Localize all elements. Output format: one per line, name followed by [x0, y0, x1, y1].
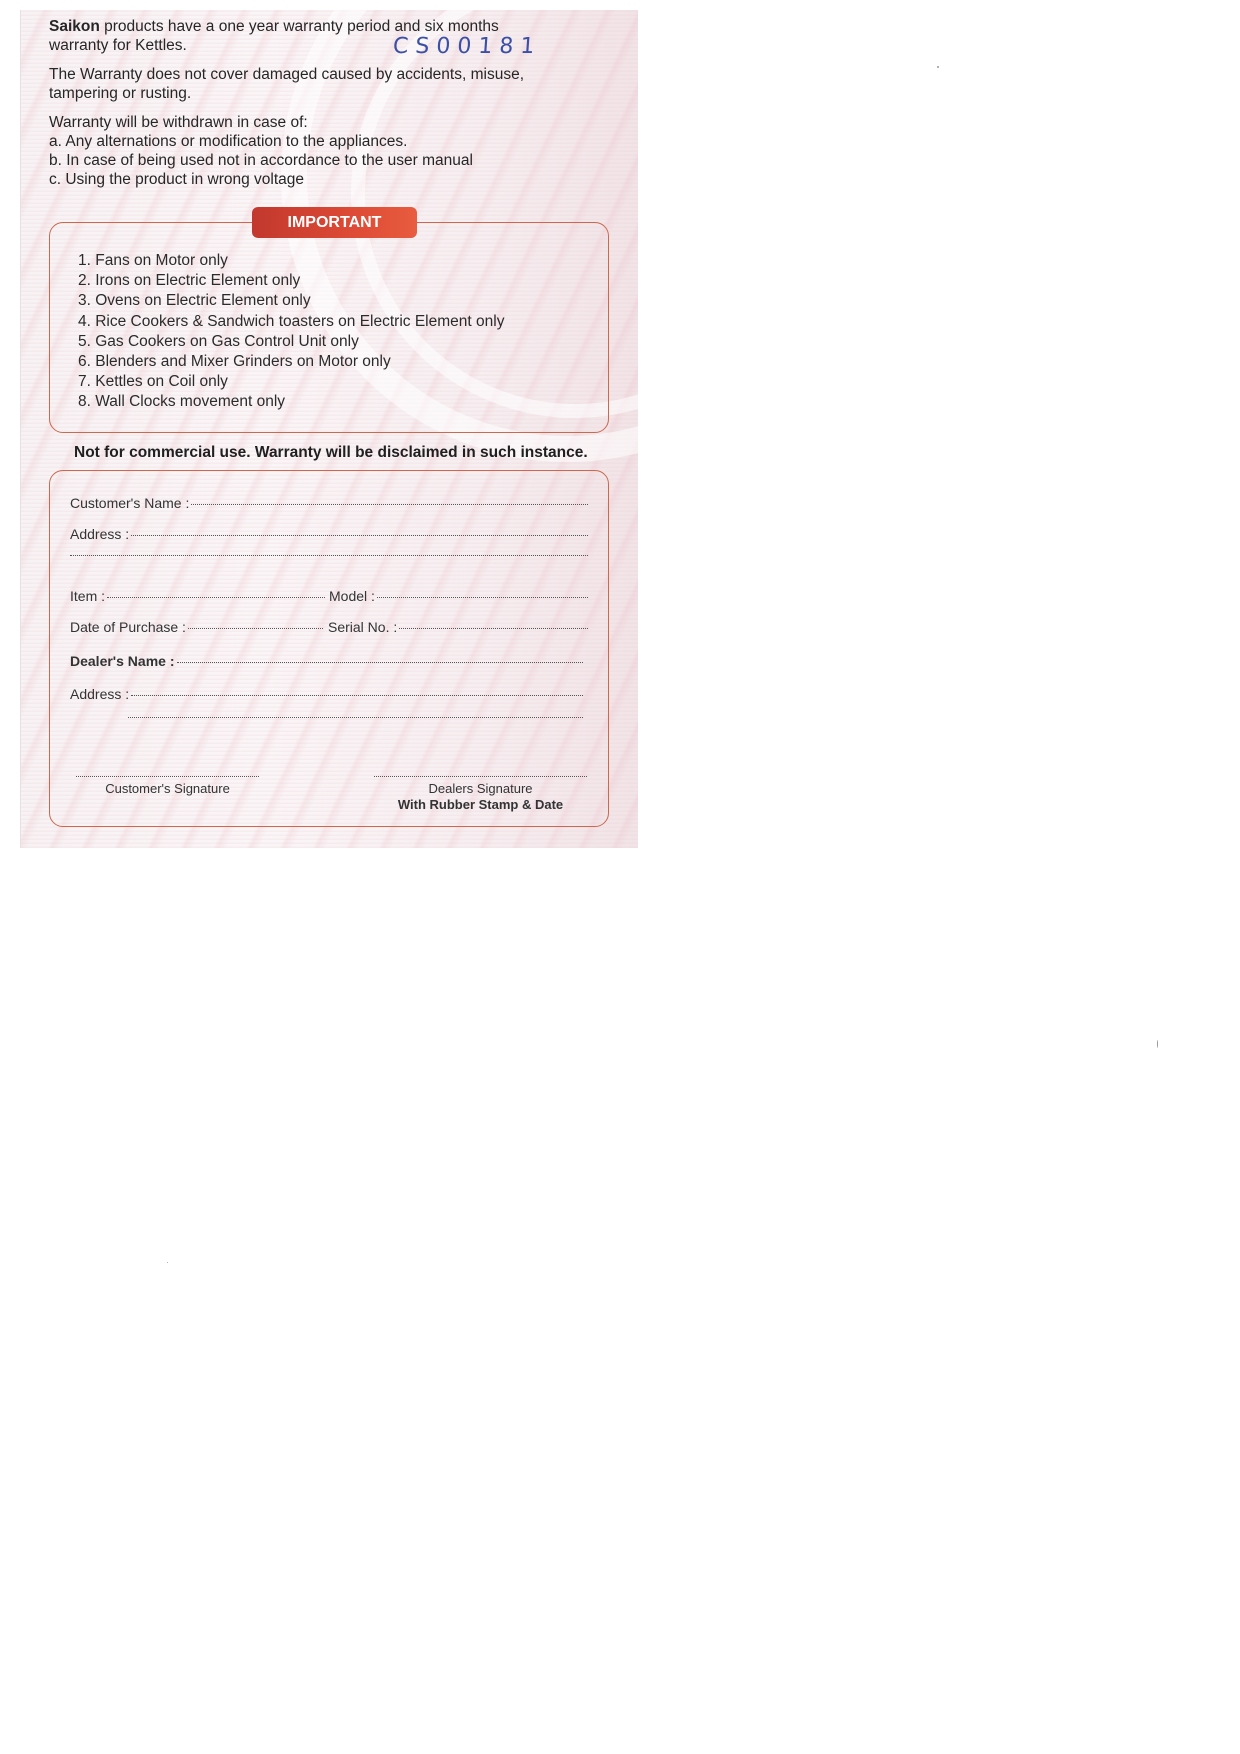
dealer-address-input-line-2[interactable] [128, 716, 583, 718]
scan-speck [937, 66, 939, 68]
customer-address-input-line-2[interactable] [70, 554, 588, 556]
serial-no-label: Serial No. : [328, 619, 397, 635]
important-badge: IMPORTANT [252, 207, 417, 238]
customer-signature-line[interactable] [76, 775, 259, 777]
date-of-purchase-input-line[interactable] [188, 627, 323, 629]
important-list: 1. Fans on Motor only 2. Irons on Electr… [78, 251, 504, 413]
customer-address-input-line[interactable] [131, 534, 588, 536]
withdrawn-item: a. Any alternations or modification to t… [49, 132, 407, 151]
dealer-address-label: Address : [70, 686, 129, 702]
serial-no-field[interactable]: Serial No. : [328, 619, 588, 635]
date-of-purchase-field[interactable]: Date of Purchase : [70, 619, 323, 635]
withdrawn-item: b. In case of being used not in accordan… [49, 151, 473, 170]
list-item: 4. Rice Cookers & Sandwich toasters on E… [78, 312, 504, 332]
date-of-purchase-label: Date of Purchase : [70, 619, 186, 635]
dealer-name-field[interactable]: Dealer's Name : [70, 653, 583, 669]
scan-speck [167, 1262, 168, 1263]
model-input-line[interactable] [377, 596, 588, 598]
dealer-signature-sublabel: With Rubber Stamp & Date [374, 797, 587, 812]
dealer-signature-line[interactable] [374, 775, 587, 777]
item-label: Item : [70, 588, 105, 604]
coverage-line-1: The Warranty does not cover damaged caus… [49, 65, 524, 84]
customer-signature-label: Customer's Signature [76, 781, 259, 796]
list-item: 7. Kettles on Coil only [78, 372, 504, 392]
dealer-address-field[interactable]: Address : [70, 686, 583, 702]
customer-address-label: Address : [70, 526, 129, 542]
list-item: 1. Fans on Motor only [78, 251, 504, 271]
model-label: Model : [329, 588, 375, 604]
dealer-address-input-line[interactable] [131, 694, 583, 696]
withdrawn-heading: Warranty will be withdrawn in case of: [49, 113, 308, 132]
dealer-signature-label: Dealers Signature [374, 781, 587, 796]
customer-form-box [49, 470, 609, 827]
item-input-line[interactable] [107, 596, 325, 598]
list-item: 6. Blenders and Mixer Grinders on Motor … [78, 352, 504, 372]
customer-address-field[interactable]: Address : [70, 526, 588, 542]
list-item: 5. Gas Cookers on Gas Control Unit only [78, 332, 504, 352]
list-item: 3. Ovens on Electric Element only [78, 291, 504, 311]
customer-name-input-line[interactable] [191, 503, 588, 505]
list-item: 2. Irons on Electric Element only [78, 271, 504, 291]
dealer-address-line-2[interactable] [128, 719, 583, 721]
intro-line-2: warranty for Kettles. [49, 36, 187, 55]
dealer-name-label: Dealer's Name : [70, 653, 175, 669]
customer-name-label: Customer's Name : [70, 495, 189, 511]
list-item: 8. Wall Clocks movement only [78, 392, 504, 412]
brand-name: Saikon [49, 18, 100, 35]
dealer-name-input-line[interactable] [177, 661, 584, 663]
item-field[interactable]: Item : [70, 588, 325, 604]
customer-name-field[interactable]: Customer's Name : [70, 495, 588, 511]
customer-address-line-2[interactable] [70, 557, 588, 559]
serial-no-input-line[interactable] [399, 627, 588, 629]
scan-speck [1157, 1040, 1158, 1048]
commercial-use-disclaimer: Not for commercial use. Warranty will be… [74, 444, 588, 462]
model-field[interactable]: Model : [329, 588, 588, 604]
coverage-line-2: tampering or rusting. [49, 84, 191, 103]
withdrawn-item: c. Using the product in wrong voltage [49, 170, 304, 189]
intro-text: products have a one year warranty period… [100, 18, 499, 35]
handwritten-serial-code: CS00181 [392, 34, 542, 59]
